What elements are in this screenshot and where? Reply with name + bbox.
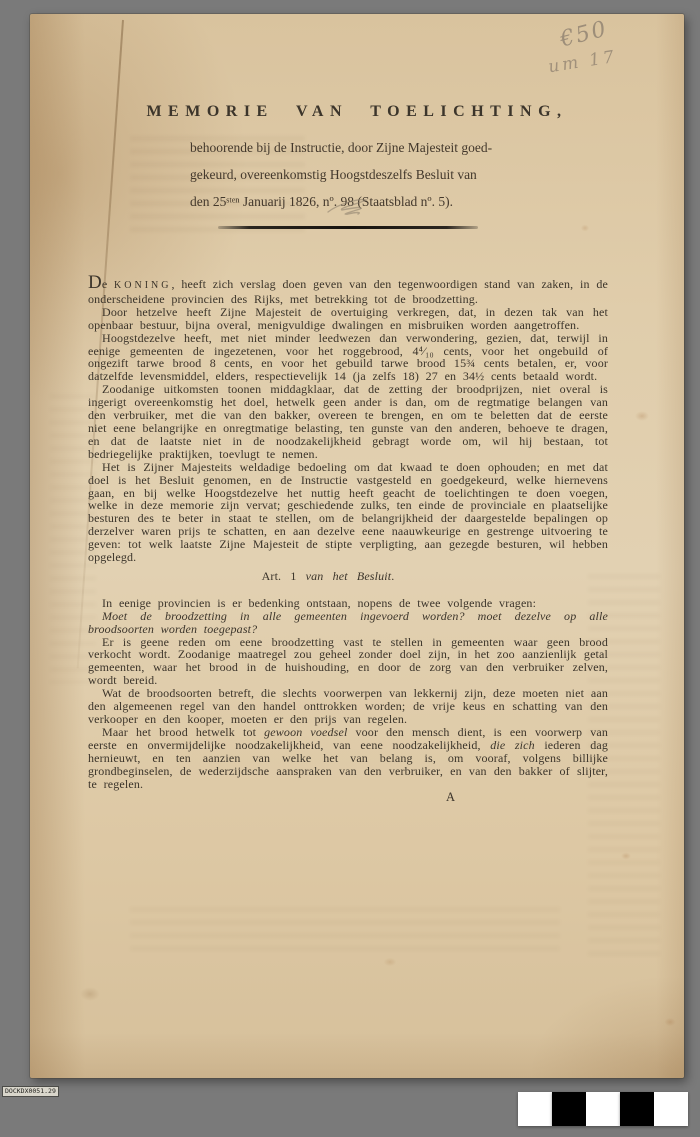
calibration-square xyxy=(654,1092,688,1126)
paragraph: Maar het brood hetwelk tot gewoon voedse… xyxy=(88,726,608,791)
calibration-square xyxy=(518,1092,552,1126)
paragraph: Hoogstdezelve heeft, met niet minder lee… xyxy=(88,332,608,384)
signature-mark: A xyxy=(88,791,608,804)
calibration-square xyxy=(620,1092,654,1126)
bleedthrough-texture xyxy=(130,907,560,955)
document-scan: MEMORIE VAN TOELICHTING, behoorende bij … xyxy=(30,14,684,1078)
paragraph: Door hetzelve heeft Zijne Majesteit de o… xyxy=(88,306,608,332)
paragraph: Moet de broodzetting in alle gemeenten i… xyxy=(88,610,608,636)
paragraph: De koning, heeft zich verslag doen geven… xyxy=(88,278,608,306)
document-body: De koning, heeft zich verslag doen geven… xyxy=(88,278,608,804)
paragraph: Het is Zijner Majesteits weldadige bedoe… xyxy=(88,461,608,564)
article-heading: Art. 1 van het Besluit. xyxy=(88,570,568,583)
paragraph: Zoodanige uitkomsten toonen middagklaar,… xyxy=(88,383,608,460)
pencil-scribble xyxy=(308,190,388,224)
archive-label: DOCKDX0051.29 xyxy=(2,1086,59,1097)
title-divider-rule xyxy=(218,226,478,229)
calibration-square xyxy=(552,1092,586,1126)
subtitle-line: gekeurd, overeenkomstig Hoogstdeszelfs B… xyxy=(190,161,570,188)
paragraph: Wat de broodsoorten betreft, die slechts… xyxy=(88,687,608,726)
document-title: MEMORIE VAN TOELICHTING, xyxy=(30,103,684,121)
calibration-square xyxy=(586,1092,620,1126)
paragraph: Er is geene reden om eene broodzetting v… xyxy=(88,636,608,688)
calibration-bar xyxy=(518,1092,688,1126)
page-background: { "page": { "background_color": "#7a7a7a… xyxy=(0,0,700,1137)
subtitle-line: behoorende bij de Instructie, door Zijne… xyxy=(190,134,570,161)
